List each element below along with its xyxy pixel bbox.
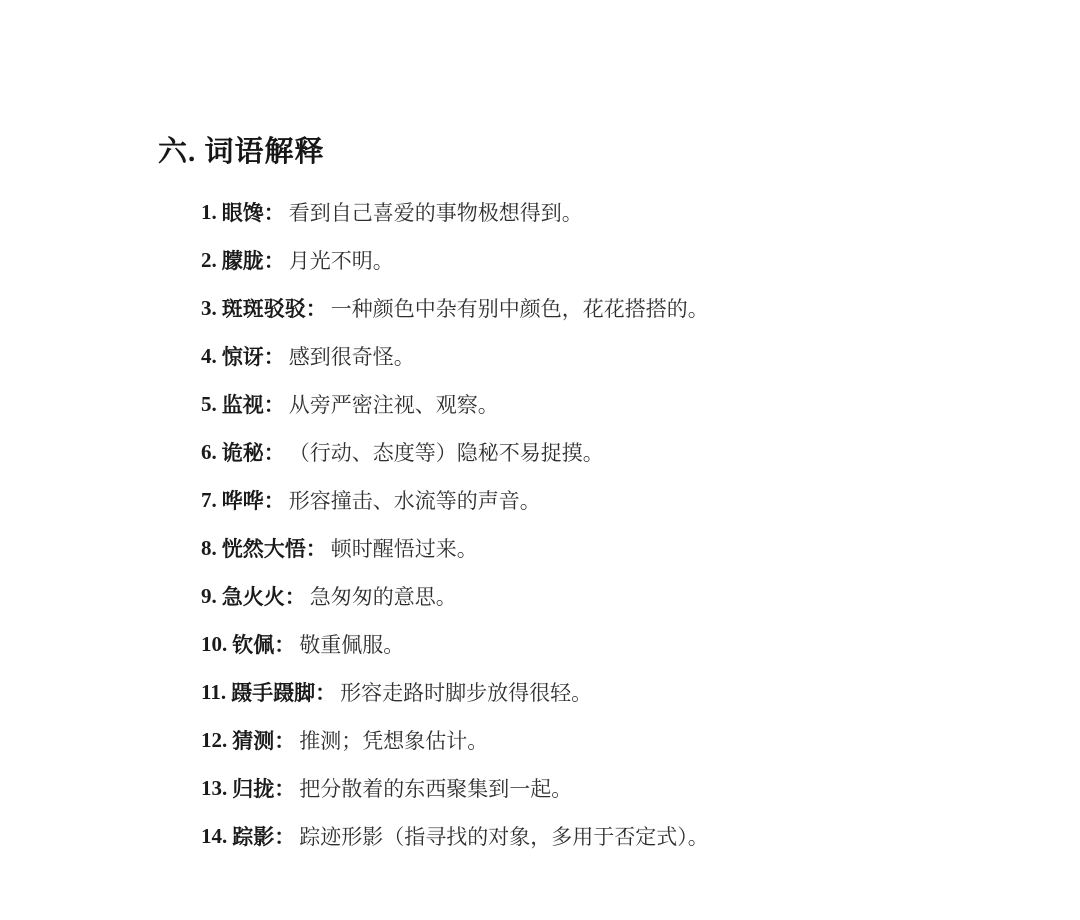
list-item: 9. 急火火： 急匆匆的意思。 (201, 572, 1041, 620)
item-definition: （行动、态度等）隐秘不易捉摸。 (289, 437, 604, 467)
list-item: 7. 哗哗： 形容撞击、水流等的声音。 (201, 476, 1041, 524)
item-definition: 把分散着的东西聚集到一起。 (299, 773, 572, 803)
item-definition: 看到自己喜爱的事物极想得到。 (289, 197, 583, 227)
page-title: 六. 词语解释 (158, 134, 325, 170)
item-term: 急火火： (222, 581, 306, 611)
item-definition: 敬重佩服。 (299, 629, 404, 659)
item-term: 恍然大悟： (222, 533, 327, 563)
item-definition: 踪迹形影（指寻找的对象，多用于否定式）。 (299, 821, 709, 851)
item-number: 4. (201, 344, 217, 369)
list-item: 12. 猜测： 推测；凭想象估计。 (201, 716, 1041, 764)
list-item: 13. 归拢： 把分散着的东西聚集到一起。 (201, 764, 1041, 812)
list-item: 11. 蹑手蹑脚： 形容走路时脚步放得很轻。 (201, 668, 1041, 716)
list-item: 2. 朦胧： 月光不明。 (201, 236, 1041, 284)
item-number: 6. (201, 440, 217, 465)
item-term: 归拢： (232, 773, 295, 803)
item-number: 13. (201, 776, 227, 801)
item-definition: 从旁严密注视、观察。 (289, 389, 499, 419)
item-term: 诡秘： (222, 437, 285, 467)
item-term: 眼馋： (222, 197, 285, 227)
item-number: 9. (201, 584, 217, 609)
list-item: 1. 眼馋： 看到自己喜爱的事物极想得到。 (201, 188, 1041, 236)
item-definition: 推测；凭想象估计。 (299, 725, 488, 755)
document-page: 六. 词语解释 1. 眼馋： 看到自己喜爱的事物极想得到。 2. 朦胧： 月光不… (0, 0, 1080, 920)
item-number: 11. (201, 680, 226, 705)
definition-list: 1. 眼馋： 看到自己喜爱的事物极想得到。 2. 朦胧： 月光不明。 3. 斑斑… (201, 188, 1041, 860)
item-term: 钦佩： (232, 629, 295, 659)
item-number: 12. (201, 728, 227, 753)
list-item: 6. 诡秘： （行动、态度等）隐秘不易捉摸。 (201, 428, 1041, 476)
item-number: 14. (201, 824, 227, 849)
item-term: 哗哗： (222, 485, 285, 515)
item-definition: 一种颜色中杂有别中颜色，花花搭搭的。 (331, 293, 709, 323)
item-definition: 形容走路时脚步放得很轻。 (340, 677, 592, 707)
item-number: 5. (201, 392, 217, 417)
item-term: 朦胧： (222, 245, 285, 275)
item-number: 2. (201, 248, 217, 273)
item-definition: 月光不明。 (289, 245, 394, 275)
item-term: 蹑手蹑脚： (231, 677, 336, 707)
item-term: 监视： (222, 389, 285, 419)
list-item: 5. 监视： 从旁严密注视、观察。 (201, 380, 1041, 428)
item-definition: 急匆匆的意思。 (310, 581, 457, 611)
item-number: 3. (201, 296, 217, 321)
item-term: 惊讶： (222, 341, 285, 371)
item-term: 猜测： (232, 725, 295, 755)
item-number: 1. (201, 200, 217, 225)
list-item: 10. 钦佩： 敬重佩服。 (201, 620, 1041, 668)
list-item: 8. 恍然大悟： 顿时醒悟过来。 (201, 524, 1041, 572)
item-definition: 顿时醒悟过来。 (331, 533, 478, 563)
list-item: 3. 斑斑驳驳： 一种颜色中杂有别中颜色，花花搭搭的。 (201, 284, 1041, 332)
item-definition: 形容撞击、水流等的声音。 (289, 485, 541, 515)
item-definition: 感到很奇怪。 (289, 341, 415, 371)
item-term: 踪影： (232, 821, 295, 851)
list-item: 4. 惊讶： 感到很奇怪。 (201, 332, 1041, 380)
item-number: 8. (201, 536, 217, 561)
list-item: 14. 踪影： 踪迹形影（指寻找的对象，多用于否定式）。 (201, 812, 1041, 860)
item-term: 斑斑驳驳： (222, 293, 327, 323)
item-number: 10. (201, 632, 227, 657)
item-number: 7. (201, 488, 217, 513)
